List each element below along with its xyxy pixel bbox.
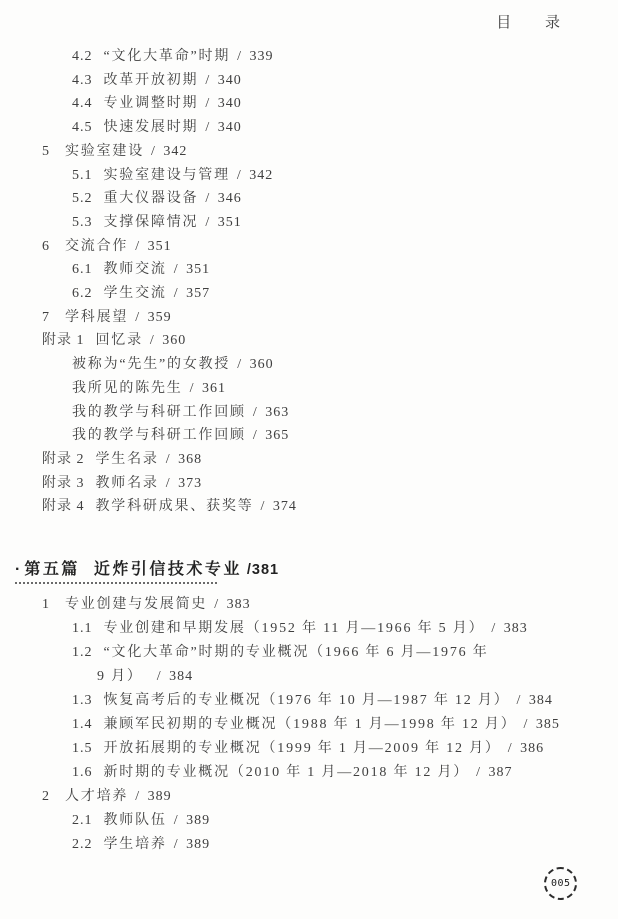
running-head: 目 录 xyxy=(496,11,562,32)
toc-entry-number: 4.5 xyxy=(72,120,93,135)
heading-part-page: /381 xyxy=(247,562,279,578)
toc-entry-number: 附录 1 xyxy=(42,329,85,353)
toc-entry-page: / 340 xyxy=(205,96,241,111)
toc-entry-number: 1.6 xyxy=(72,765,93,780)
heading-bullet: · xyxy=(15,561,20,578)
toc-entry-number: 1.1 xyxy=(72,621,93,636)
toc-entry-page: / 342 xyxy=(151,144,187,159)
toc-entry: 4.2“文化大革命”时期/ 339 xyxy=(0,45,618,69)
toc-entry-number: 6 xyxy=(42,235,54,259)
toc-entry-title: 快速发展时期 xyxy=(104,120,199,135)
toc-entry-page: / 361 xyxy=(190,381,226,396)
toc-entry-number: 2.2 xyxy=(72,837,93,852)
toc-entry-number: 6.1 xyxy=(72,262,93,277)
toc-entry-page: / 385 xyxy=(524,717,560,732)
heading-dotted-underline xyxy=(15,582,217,584)
toc-entry-page: / 357 xyxy=(174,286,210,301)
toc-entry: 5.1实验室建设与管理/ 342 xyxy=(0,164,618,188)
toc-entry: 1.4兼顾军民初期的专业概况（1988 年 1 月—1998 年 12 月）/ … xyxy=(0,713,618,737)
toc-entry-title: 教师名录 xyxy=(96,476,159,491)
toc-entry-page: / 383 xyxy=(491,621,527,636)
toc-entry-continuation: 9 月）/ 384 xyxy=(0,665,618,689)
toc-entry: 1.6新时期的专业概况（2010 年 1 月—2018 年 12 月）/ 387 xyxy=(0,761,618,785)
toc-entry-title: 教师交流 xyxy=(104,262,167,277)
toc-entry-title: 专业创建和早期发展（1952 年 11 月—1966 年 5 月） xyxy=(104,621,485,636)
toc-entry-title: 专业调整时期 xyxy=(104,96,199,111)
toc-entry: 6.1教师交流/ 351 xyxy=(0,258,618,282)
toc-entry-page: / 383 xyxy=(214,597,250,612)
toc-entry-title: 回忆录 xyxy=(96,333,143,348)
toc-entry: 2.1教师队伍/ 389 xyxy=(0,809,618,833)
toc-entry-title: 支撑保障情况 xyxy=(104,215,199,230)
toc-entry-title: 专业创建与发展简史 xyxy=(65,597,207,612)
toc-entry-page: / 389 xyxy=(174,813,210,828)
toc-entry: 5.2重大仪器设备/ 346 xyxy=(0,187,618,211)
toc-entry-number: 附录 3 xyxy=(42,472,85,496)
toc-entry-title: 人才培养 xyxy=(65,789,128,804)
toc-entry: 我的教学与科研工作回顾/ 363 xyxy=(0,401,618,425)
toc-entry: 附录 1回忆录/ 360 xyxy=(0,329,618,353)
toc-entry-number: 2 xyxy=(42,785,54,809)
toc-part2: 1专业创建与发展简史/ 3831.1专业创建和早期发展（1952 年 11 月—… xyxy=(0,593,618,857)
toc-entry: 5.3支撑保障情况/ 351 xyxy=(0,211,618,235)
toc-entry-number: 附录 2 xyxy=(42,448,85,472)
toc-entry-number: 1.4 xyxy=(72,717,93,732)
toc-page: 目 录 4.2“文化大革命”时期/ 3394.3改革开放初期/ 3404.4专业… xyxy=(0,0,618,919)
toc-entry-number: 1 xyxy=(42,593,54,617)
toc-entry: 2人才培养/ 389 xyxy=(0,785,618,809)
toc-entry: 我的教学与科研工作回顾/ 365 xyxy=(0,424,618,448)
toc-entry-number: 1.2 xyxy=(72,645,93,660)
toc-entry-title: 教师队伍 xyxy=(104,813,167,828)
toc-entry-title: 我的教学与科研工作回顾 xyxy=(72,405,246,420)
toc-entry-title: 学生名录 xyxy=(96,452,159,467)
page-number: 005 xyxy=(551,878,571,889)
toc-entry-title: 兼顾军民初期的专业概况（1988 年 1 月—1998 年 12 月） xyxy=(104,717,517,732)
toc-entry-page: / 351 xyxy=(205,215,241,230)
toc-entry: 5实验室建设/ 342 xyxy=(0,140,618,164)
toc-entry-page: / 351 xyxy=(135,239,171,254)
toc-entry-title: 重大仪器设备 xyxy=(104,191,199,206)
toc-entry: 7学科展望/ 359 xyxy=(0,306,618,330)
toc-entry-page: / 374 xyxy=(261,499,297,514)
toc-entry-page: / 389 xyxy=(135,789,171,804)
toc-entry-number: 4.2 xyxy=(72,49,93,64)
toc-entry-page: / 359 xyxy=(135,310,171,325)
toc-entry-number: 1.3 xyxy=(72,693,93,708)
toc-entry-title: 实验室建设 xyxy=(65,144,144,159)
toc-entry: 附录 2学生名录/ 368 xyxy=(0,448,618,472)
toc-entry-page: / 340 xyxy=(205,73,241,88)
toc-entry: 4.4专业调整时期/ 340 xyxy=(0,92,618,116)
toc-entry: 1.1专业创建和早期发展（1952 年 11 月—1966 年 5 月）/ 38… xyxy=(0,617,618,641)
toc-entry-title: 开放拓展期的专业概况（1999 年 1 月—2009 年 12 月） xyxy=(104,741,501,756)
toc-entry-title: 被称为“先生”的女教授 xyxy=(72,357,230,372)
toc-entry-title: “文化大革命”时期的专业概况（1966 年 6 月—1976 年 xyxy=(104,645,489,660)
toc-entry-page: / 351 xyxy=(174,262,210,277)
toc-entry: 6.2学生交流/ 357 xyxy=(0,282,618,306)
toc-entry-number: 附录 4 xyxy=(42,495,85,519)
toc-entry-number: 6.2 xyxy=(72,286,93,301)
toc-entry: 1.2“文化大革命”时期的专业概况（1966 年 6 月—1976 年 xyxy=(0,641,618,665)
toc-entry-number: 5 xyxy=(42,140,54,164)
toc-entry-title: 9 月） xyxy=(97,669,143,684)
toc-entry-title: 交流合作 xyxy=(65,239,128,254)
toc-entry-title: 教学科研成果、获奖等 xyxy=(96,499,254,514)
toc-entry-page: / 387 xyxy=(476,765,512,780)
toc-entry: 附录 4教学科研成果、获奖等/ 374 xyxy=(0,495,618,519)
toc-entry: 1.3恢复高考后的专业概况（1976 年 10 月—1987 年 12 月）/ … xyxy=(0,689,618,713)
toc-entry-title: “文化大革命”时期 xyxy=(104,49,231,64)
toc-entry: 6交流合作/ 351 xyxy=(0,235,618,259)
toc-entry-page: / 386 xyxy=(508,741,544,756)
toc-entry-number: 1.5 xyxy=(72,741,93,756)
toc-entry-page: / 363 xyxy=(253,405,289,420)
toc-entry-title: 我所见的陈先生 xyxy=(72,381,183,396)
toc-part1: 4.2“文化大革命”时期/ 3394.3改革开放初期/ 3404.4专业调整时期… xyxy=(0,45,618,519)
toc-entry-title: 学生培养 xyxy=(104,837,167,852)
toc-entry-number: 2.1 xyxy=(72,813,93,828)
toc-entry-title: 学生交流 xyxy=(104,286,167,301)
toc-entry-page: / 360 xyxy=(237,357,273,372)
toc-entry-number: 5.1 xyxy=(72,168,93,183)
toc-entry-page: / 384 xyxy=(157,669,193,684)
toc-entry-page: / 373 xyxy=(166,476,202,491)
heading-part-title: 近炸引信技术专业 xyxy=(94,561,242,578)
toc-entry-page: / 342 xyxy=(237,168,273,183)
toc-entry: 被称为“先生”的女教授/ 360 xyxy=(0,353,618,377)
part-five-heading: ·第五篇近炸引信技术专业/381 xyxy=(15,556,279,584)
toc-entry-page: / 384 xyxy=(517,693,553,708)
toc-entry: 4.5快速发展时期/ 340 xyxy=(0,116,618,140)
toc-entry-title: 新时期的专业概况（2010 年 1 月—2018 年 12 月） xyxy=(104,765,470,780)
toc-entry-number: 5.2 xyxy=(72,191,93,206)
toc-entry-page: / 389 xyxy=(174,837,210,852)
toc-entry: 2.2学生培养/ 389 xyxy=(0,833,618,857)
toc-entry-page: / 339 xyxy=(237,49,273,64)
heading-part-label: 第五篇 xyxy=(24,561,80,578)
toc-entry-page: / 346 xyxy=(205,191,241,206)
toc-entry-number: 7 xyxy=(42,306,54,330)
toc-entry: 1专业创建与发展简史/ 383 xyxy=(0,593,618,617)
toc-entry-page: / 365 xyxy=(253,428,289,443)
toc-entry-title: 实验室建设与管理 xyxy=(104,168,230,183)
toc-entry-page: / 368 xyxy=(166,452,202,467)
toc-entry-title: 我的教学与科研工作回顾 xyxy=(72,428,246,443)
toc-entry-title: 学科展望 xyxy=(65,310,128,325)
toc-entry-number: 4.3 xyxy=(72,73,93,88)
toc-entry: 我所见的陈先生/ 361 xyxy=(0,377,618,401)
page-number-badge: 005 xyxy=(541,864,579,902)
toc-entry: 1.5开放拓展期的专业概况（1999 年 1 月—2009 年 12 月）/ 3… xyxy=(0,737,618,761)
toc-entry-page: / 360 xyxy=(150,333,186,348)
toc-entry: 附录 3教师名录/ 373 xyxy=(0,472,618,496)
toc-entry-number: 5.3 xyxy=(72,215,93,230)
toc-entry-number: 4.4 xyxy=(72,96,93,111)
toc-entry-title: 恢复高考后的专业概况（1976 年 10 月—1987 年 12 月） xyxy=(104,693,510,708)
toc-entry: 4.3改革开放初期/ 340 xyxy=(0,69,618,93)
toc-entry-title: 改革开放初期 xyxy=(104,73,199,88)
toc-entry-page: / 340 xyxy=(205,120,241,135)
